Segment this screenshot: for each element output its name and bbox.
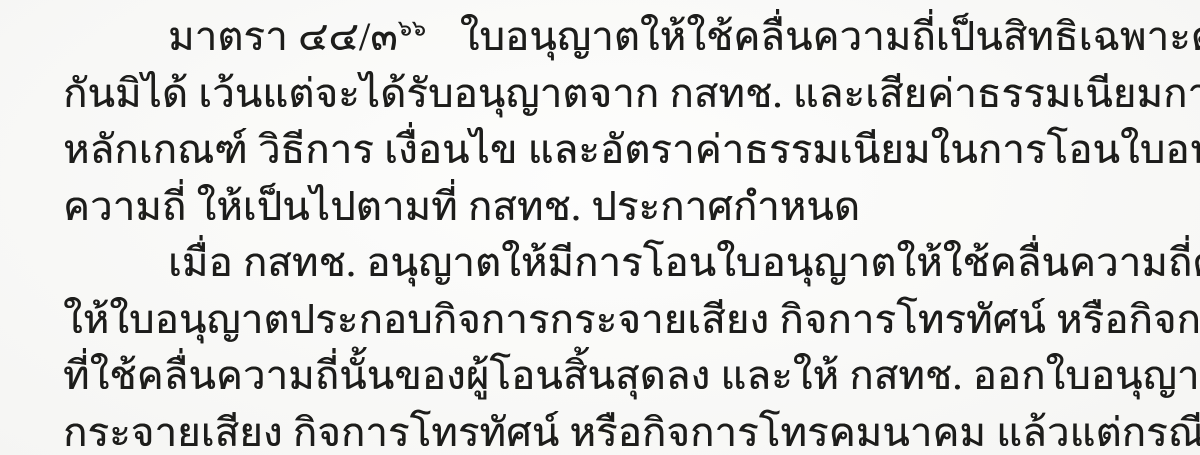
text-line-6: ให้ใบอนุญาตประกอบกิจการกระจายเสียง กิจกา…: [63, 292, 1140, 349]
text-line-5: เมื่อ กสทช. อนุญาตให้มีการโอนใบอนุญาตให้…: [63, 235, 1140, 292]
text-line-1-body: ใบอนุญาตให้ใช้คลื่นความถี่เป็นสิทธิเฉพาะ…: [460, 14, 1200, 59]
footnote-marker: ๖๖: [398, 16, 426, 41]
document-page: มาตรา ๔๔/๓๖๖ใบอนุญาตให้ใช้คลื่นความถี่เป…: [0, 0, 1200, 455]
text-line-1: มาตรา ๔๔/๓๖๖ใบอนุญาตให้ใช้คลื่นความถี่เป…: [63, 9, 1140, 66]
section-number: มาตรา ๔๔/๓: [168, 14, 398, 59]
text-line-7: ที่ใช้คลื่นความถี่นั้นของผู้โอนสิ้นสุดลง…: [63, 348, 1140, 405]
text-line-2: กันมิได้ เว้นแต่จะได้รับอนุญาตจาก กสทช. …: [63, 66, 1140, 123]
text-line-4: ความถี่ ให้เป็นไปตามที่ กสทช. ประกาศกำหน…: [63, 179, 1140, 236]
text-line-3: หลักเกณฑ์ วิธีการ เงื่อนไข และอัตราค่าธร…: [63, 122, 1140, 179]
text-line-8: กระจายเสียง กิจการโทรทัศน์ หรือกิจการโทร…: [63, 405, 1140, 455]
